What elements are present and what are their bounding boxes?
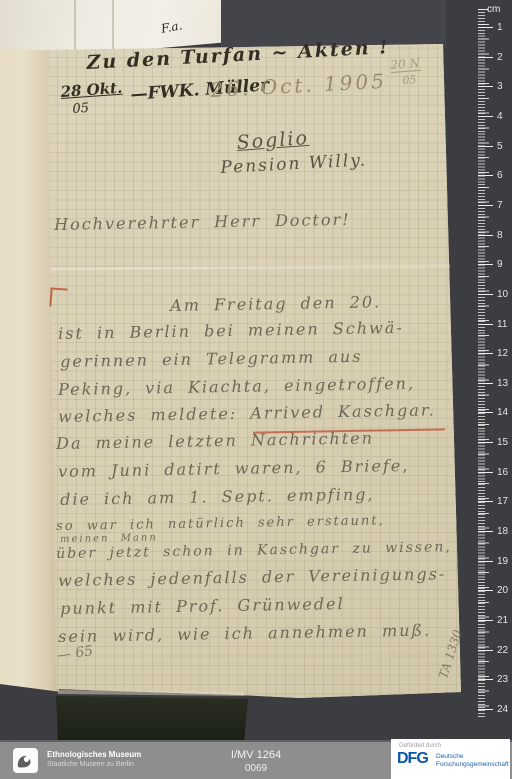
dfg-name-line2: Forschungsgemeinschaft	[436, 761, 509, 768]
funding-note: Gefördert durch	[399, 743, 441, 749]
ruler-cm-tick	[478, 146, 493, 147]
ruler-cm-number: 20	[497, 585, 508, 596]
ruler-cm-number: 15	[497, 437, 508, 448]
ruler-cm-tick	[478, 383, 493, 384]
ruler-cm-number: 17	[497, 496, 508, 507]
ruler-cm-tick	[478, 442, 493, 443]
dfg-name-line1: Deutsche	[436, 753, 463, 760]
ruler-cm-number: 18	[497, 526, 508, 537]
ruler-cm-tick	[478, 412, 493, 413]
ruler-cm-number: 2	[497, 52, 503, 63]
ruler-cm-number: 14	[497, 407, 508, 418]
ruler-cm-tick	[478, 175, 493, 176]
ruler-cm-number: 9	[497, 259, 503, 270]
ruler-cm-number: 4	[497, 111, 503, 122]
ruler-cm-tick	[478, 501, 493, 502]
ruler-cm-tick	[478, 86, 493, 87]
book-binding-cloth	[56, 694, 248, 742]
ruler-cm-number: 13	[497, 378, 508, 389]
dfg-logo: DFG	[397, 750, 428, 768]
ruler-cm-tick	[478, 679, 493, 680]
ruler-cm-number: 5	[497, 141, 503, 152]
ruler-cm-number: 10	[497, 289, 508, 300]
corner-note-bottom: 05	[402, 73, 417, 87]
viewer-footer-bar: Ethnologisches Museum Staatliche Museen …	[0, 740, 512, 779]
handwriting-line: meinen Mann	[60, 532, 158, 545]
ruler-cm-number: 1	[497, 22, 503, 33]
ruler-cm-tick	[478, 294, 493, 295]
ruler-cm-number: 7	[497, 200, 503, 211]
corner-note-top: 20 N	[390, 56, 421, 73]
ruler-cm-tick	[478, 561, 493, 562]
scan-viewer-page: F.a. Zu den Turfan ~ Akten ! 28 Okt. 05 …	[0, 0, 512, 779]
ruler-cm-tick	[478, 264, 493, 265]
ruler-cm-tick	[478, 57, 493, 58]
scanner-background-wedge	[0, 684, 64, 744]
ruler-cm-tick	[478, 116, 493, 117]
ruler-cm-number: 8	[497, 230, 503, 241]
dfg-funding-box: Gefördert durch DFG Deutsche Forschungsg…	[391, 739, 510, 779]
ruler-cm-number: 16	[497, 467, 508, 478]
ruler-cm-number: 22	[497, 645, 508, 656]
red-editorial-mark	[49, 287, 67, 307]
ruler-cm-tick	[478, 205, 493, 206]
ruler-cm-number: 23	[497, 674, 508, 685]
ruler-cm-tick	[478, 709, 493, 710]
ruler-cm-number: 19	[497, 556, 508, 567]
ruler-cm-tick	[478, 27, 493, 28]
ruler-cm-tick	[478, 235, 493, 236]
ruler-cm-tick	[478, 472, 493, 473]
ruler-cm-tick	[478, 590, 493, 591]
ruler-cm-tick	[478, 620, 493, 621]
ruler-cm-tick	[478, 531, 493, 532]
ruler-unit-label: cm	[487, 4, 500, 15]
ruler-cm-tick	[478, 650, 493, 651]
ruler-cm-number: 24	[497, 704, 508, 715]
paper-bottom-edge	[58, 690, 244, 696]
handwriting-line: Am Freitag den 20.	[170, 292, 381, 315]
ruler-cm-number: 6	[497, 170, 503, 181]
ruler-cm-number: 21	[497, 615, 508, 626]
ruler-cm-number: 12	[497, 348, 508, 359]
ruler-cm-tick	[478, 353, 493, 354]
ruler-cm-number: 11	[497, 319, 507, 330]
scale-ruler: 123456789101112131415161718192021222324	[443, 0, 512, 740]
date-stamp-year: 05	[72, 101, 90, 117]
ruler-cm-number: 3	[497, 81, 503, 92]
ruler-cm-tick	[478, 324, 493, 325]
